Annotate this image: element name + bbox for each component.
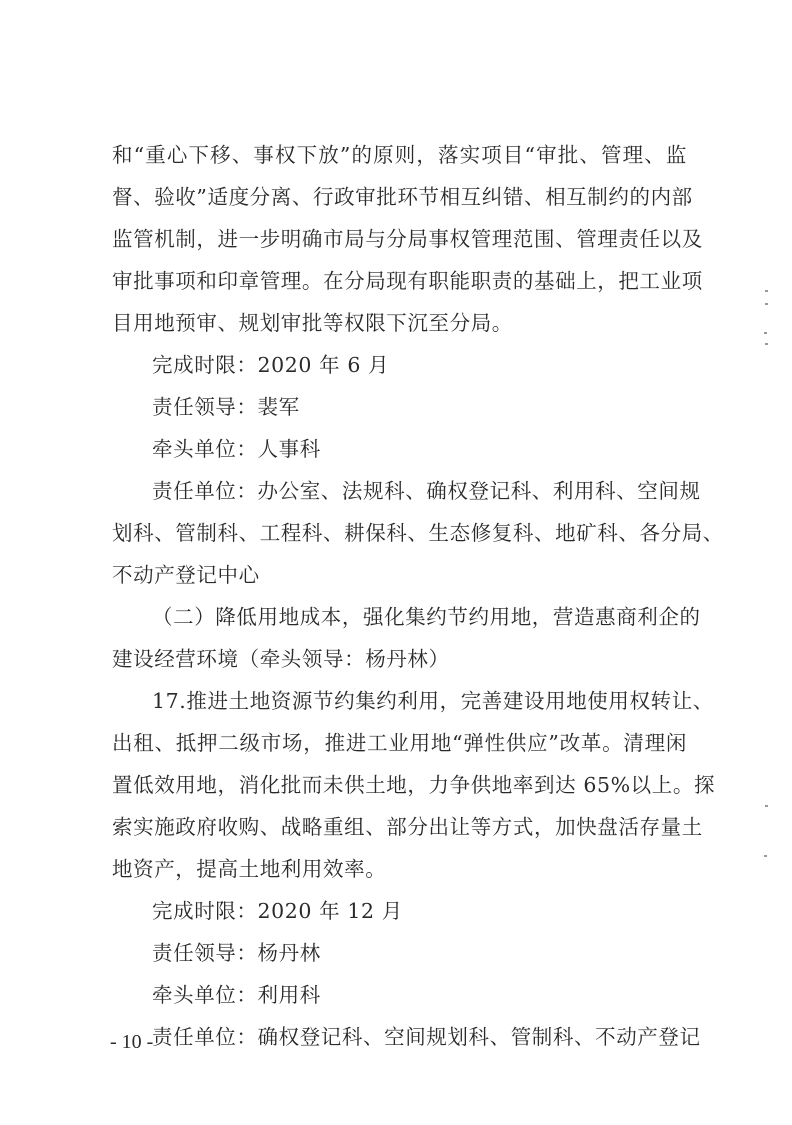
item16-responsible-units: 不动产登记中心	[112, 557, 687, 593]
item17-paragraph: 索实施政府收购、战略重组、部分出让等方式，加快盘活存量土	[112, 809, 687, 845]
scan-speck	[765, 303, 768, 305]
paragraph-line: 督、验收”适度分离、行政审批环节相互纠错、相互制约的内部	[112, 179, 687, 215]
item16-responsible-units: 划科、管制科、工程科、耕保科、生态修复科、地矿科、各分局、	[112, 515, 687, 551]
item16-responsible-units: 责任单位：办公室、法规科、确权登记科、利用科、空间规	[152, 473, 687, 509]
item17-deadline: 完成时限：2020 年 12 月	[152, 893, 687, 929]
scan-speck	[765, 290, 768, 292]
paragraph-line: 监管机制，进一步明确市局与分局事权管理范围、管理责任以及	[112, 221, 687, 257]
item16-lead-unit: 牵头单位：人事科	[152, 431, 687, 467]
item17-paragraph: 17.推进土地资源节约集约利用，完善建设用地使用权转让、	[152, 683, 687, 719]
item17-paragraph: 地资产，提高土地利用效率。	[112, 851, 687, 887]
item17-paragraph: 出租、抵押二级市场，推进工业用地“弹性供应”改革。清理闲	[112, 725, 687, 761]
paragraph-line: 审批事项和印章管理。在分局现有职能职责的基础上，把工业项	[112, 263, 687, 299]
section-heading: 建设经营环境（牵头领导：杨丹林）	[112, 641, 687, 677]
paragraph-line: 目用地预审、规划审批等权限下沉至分局。	[112, 305, 687, 341]
scan-speck	[764, 332, 767, 334]
item17-lead-unit: 牵头单位：利用科	[152, 977, 687, 1013]
scan-speck	[765, 805, 768, 807]
item17-responsible-units: 责任单位：确权登记科、空间规划科、管制科、不动产登记	[152, 1019, 687, 1055]
item17-leader: 责任领导：杨丹林	[152, 935, 687, 971]
page-number: - 10 -	[110, 1024, 153, 1060]
item17-paragraph: 置低效用地，消化批而未供土地，力争供地率到达 65%以上。探	[112, 767, 687, 803]
section-heading: （二）降低用地成本，强化集约节约用地，营造惠商利企的	[152, 599, 687, 635]
scan-speck	[765, 343, 768, 345]
item16-leader: 责任领导：裴军	[152, 389, 687, 425]
paragraph-line: 和“重心下移、事权下放”的原则，落实项目“审批、管理、监	[112, 137, 687, 173]
item16-deadline: 完成时限：2020 年 6 月	[152, 347, 687, 383]
document-page: 和“重心下移、事权下放”的原则，落实项目“审批、管理、监 督、验收”适度分离、行…	[0, 0, 792, 1125]
scan-speck	[764, 855, 767, 857]
